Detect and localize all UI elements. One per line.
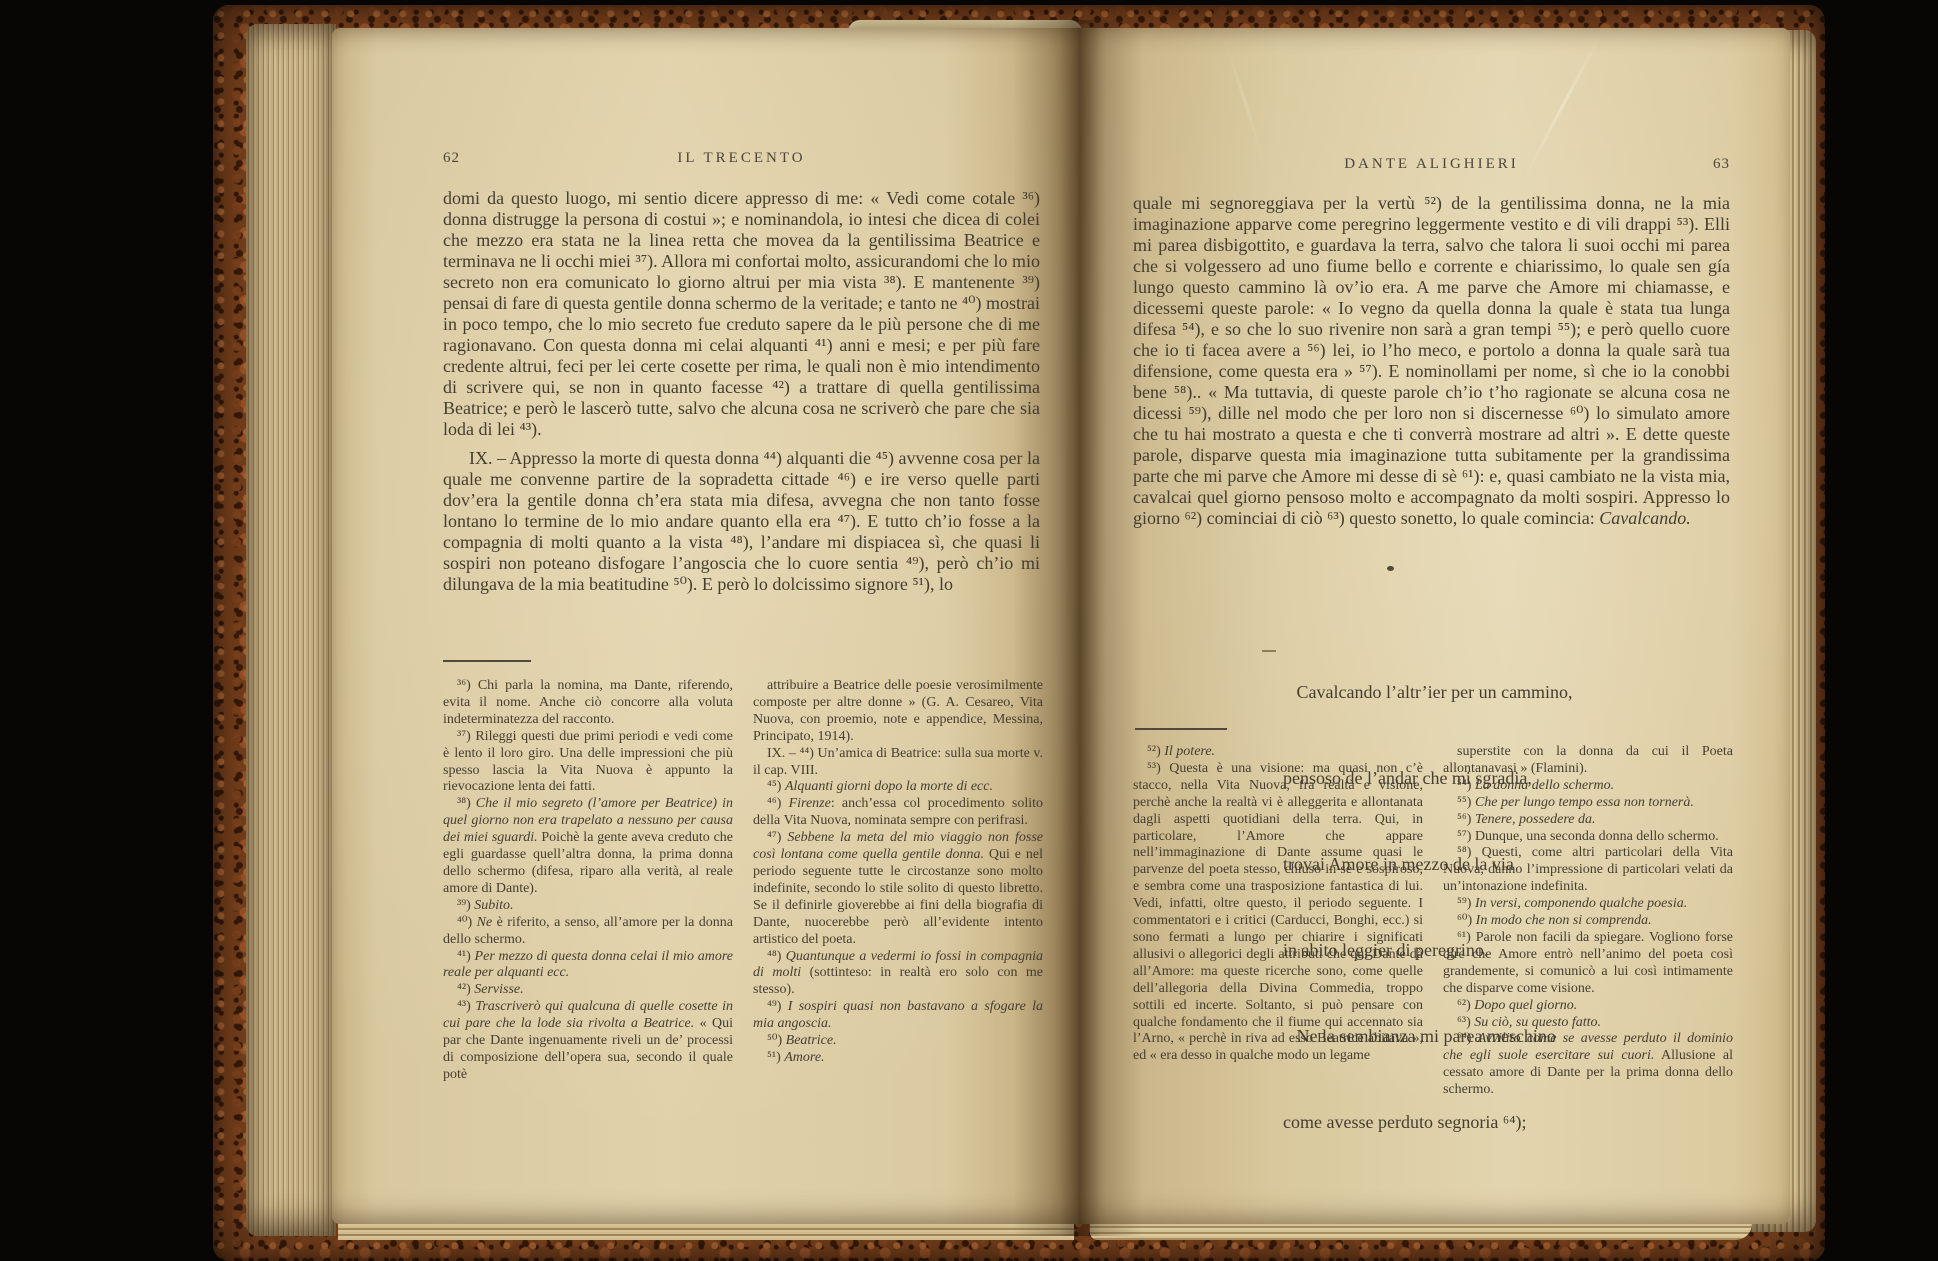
footnote-marker: ⁵⁷) <box>1457 829 1475 844</box>
footnote: ⁵²) Il potere. <box>1133 744 1423 761</box>
footnote-marker: ⁵⁹) <box>1457 896 1475 911</box>
footnote-column-1: ⁵²) Il potere. ⁵³) Questa è una visione:… <box>1133 744 1423 1099</box>
footnote: ⁵⁵) Che per lungo tempo essa non tornerà… <box>1443 795 1733 812</box>
footnote-marker: ⁴³) <box>457 999 475 1014</box>
footnote-marker: ⁵⁶) <box>1457 812 1475 827</box>
footnote: ⁶⁴) Avvilito come se avesse perduto il d… <box>1443 1031 1733 1099</box>
footnote-separator-rule <box>443 660 531 662</box>
footnote: ⁵³) Questa è una visione: ma quasi non c… <box>1133 761 1423 1065</box>
footnote-gloss-italic: Su ciò, su questo fatto. <box>1474 1015 1601 1030</box>
footnote-column-1: ³⁶) Chi parla la nomina, ma Dante, rifer… <box>443 678 733 1084</box>
left-page: 62 IL TRECENTO domi da questo luogo, mi … <box>332 28 1078 1224</box>
footnote: ⁴⁹) I sospiri quasi non bastavano a sfog… <box>753 999 1043 1033</box>
footnote-marker: ⁴⁸) <box>767 949 786 964</box>
footnote: ⁴⁷) Sebbene la meta del mio viaggio non … <box>753 830 1043 948</box>
footnote-text: Questa è una visione: ma quasi non c’è s… <box>1133 761 1423 1063</box>
footnote: ³⁹) Subito. <box>443 898 733 915</box>
footnote: ⁵⁸) Questi, come altri particolari della… <box>1443 845 1733 896</box>
footnote-gloss-italic: Che per lungo tempo essa non tornerà. <box>1475 795 1694 810</box>
footnote: IX. – ⁴⁴) Un’amica di Beatrice: sulla su… <box>753 746 1043 780</box>
footnote-marker: ⁵⁰) <box>767 1033 786 1048</box>
page-edges-left-stack <box>246 24 336 1236</box>
footnote-gloss-italic: Alquanti giorni dopo la morte di ecc. <box>785 779 993 794</box>
left-running-header: IL TRECENTO <box>513 150 970 167</box>
footnote-gloss-italic: Beatrice. <box>786 1033 837 1048</box>
footnote: ⁴⁶) Firenze: anch’essa col procedimento … <box>753 796 1043 830</box>
footnote-gloss-italic: Firenze <box>789 796 831 811</box>
footnote-marker: ⁵⁵) <box>1457 795 1475 810</box>
right-page-header: DANTE ALIGHIERI 63 <box>1133 156 1730 173</box>
footnote: ⁶³) Su ciò, su questo fatto. <box>1443 1015 1733 1032</box>
footnote-marker: ⁶³) <box>1457 1015 1474 1030</box>
footnote-text: Questi, come altri particolari della Vit… <box>1443 845 1733 894</box>
footnote-marker: ⁶⁰) <box>1457 913 1476 928</box>
footnote: ⁴⁸) Quantunque a vedermi io fossi in com… <box>753 949 1043 1000</box>
footnote: ⁵⁹) In versi, componendo qualche poesia. <box>1443 896 1733 913</box>
footnote: ⁵⁶) Tenere, possedere da. <box>1443 812 1733 829</box>
footnote: ³⁷) Rileggi questi due primi periodi e v… <box>443 729 733 797</box>
footnote-marker: ⁴⁵) <box>767 779 785 794</box>
paragraph-text: quale mi segnoreggiava per la vertù ⁵²) … <box>1133 193 1730 528</box>
footnote-marker: ⁵¹) <box>767 1050 784 1065</box>
footnote-gloss-italic: In versi, componendo qualche poesia. <box>1475 896 1687 911</box>
footnote-gloss-italic: Per mezzo di questa donna celai il mio a… <box>443 949 733 981</box>
right-running-header: DANTE ALIGHIERI <box>1203 156 1660 173</box>
footnote-marker: ⁵⁴) <box>1457 778 1475 793</box>
footnote: ⁶⁰) In modo che non si comprenda. <box>1443 913 1733 930</box>
footnote-gloss-italic: Tenere, possedere da. <box>1475 812 1596 827</box>
footnote: ³⁶) Chi parla la nomina, ma Dante, rifer… <box>443 678 733 729</box>
footnote-gloss-italic: Amore. <box>784 1050 824 1065</box>
footnote-marker: ³⁷) <box>457 729 475 744</box>
footnote-marker: ⁴⁷) <box>767 830 787 845</box>
right-body-text: quale mi segnoreggiava per la vertù ⁵²) … <box>1133 193 1730 529</box>
footnote-marker: ⁵⁸) <box>1457 845 1482 860</box>
footnote: superstite con la donna da cui il Poeta … <box>1443 744 1733 778</box>
footnote: attribuire a Beatrice delle poesie veros… <box>753 678 1043 746</box>
footnote: ⁵⁷) Dunque, una seconda donna dello sche… <box>1443 829 1733 846</box>
footnote: ⁴⁰) Ne è riferito, a senso, all’amore pe… <box>443 915 733 949</box>
footnote-marker: ⁴¹) <box>457 949 475 964</box>
footnote-gloss-italic: In modo che non si comprenda. <box>1476 913 1652 928</box>
left-footnotes: ³⁶) Chi parla la nomina, ma Dante, rifer… <box>443 678 1043 1084</box>
right-page-number: 63 <box>1660 156 1730 173</box>
left-page-number: 62 <box>443 150 513 167</box>
footnote-gloss-italic: Ne <box>477 915 493 930</box>
footnote-marker: ³⁶) <box>457 678 478 693</box>
footnote-marker: ⁵²) <box>1147 744 1164 759</box>
photo-of-open-book: 62 IL TRECENTO domi da questo luogo, mi … <box>0 0 1938 1261</box>
footnote-marker: ⁴⁶) <box>767 796 789 811</box>
footnote: ⁵¹) Amore. <box>753 1050 1043 1067</box>
right-page: DANTE ALIGHIERI 63 quale mi segnoreggiav… <box>1078 28 1790 1224</box>
footnote-gloss-italic: I sospiri quasi non bastavano a sfogare … <box>753 999 1043 1031</box>
footnote: ⁵⁴) La donna dello schermo. <box>1443 778 1733 795</box>
sonnet-incipit-italic: Cavalcando. <box>1599 508 1691 528</box>
left-body-text: domi da questo luogo, mi sentio dicere a… <box>443 188 1040 595</box>
paragraph-continuation: quale mi segnoreggiava per la vertù ⁵²) … <box>1133 193 1730 529</box>
footnote: ⁴⁵) Alquanti giorni dopo la morte di ecc… <box>753 779 1043 796</box>
footnote: ⁴¹) Per mezzo di questa donna celai il m… <box>443 949 733 983</box>
footnote: ⁴³) Trascriverò qui qualcuna di quelle c… <box>443 999 733 1084</box>
footnote-marker: ⁶²) <box>1457 998 1474 1013</box>
footnote-text: Dunque, una seconda donna dello schermo. <box>1475 829 1719 844</box>
footnote-marker: ⁶¹) <box>1457 930 1476 945</box>
footnote-text: Rileggi questi due primi periodi e vedi … <box>443 729 733 795</box>
footnote-gloss-italic: Dopo quel giorno. <box>1474 998 1577 1013</box>
footnote-marker: ⁵³) <box>1147 761 1169 776</box>
footnote-gloss-italic: La donna dello schermo. <box>1475 778 1614 793</box>
footnote-marker: ³⁸) <box>457 796 476 811</box>
footnote-gloss-italic: Servisse. <box>474 982 523 997</box>
paragraph-chapter-ix: IX. – Appresso la morte di questa donna … <box>443 448 1040 595</box>
footnote-text: Parole non facili da spiegare. Vogliono … <box>1443 930 1733 996</box>
footnote-text: Chi parla la nomina, ma Dante, riferendo… <box>443 678 733 727</box>
paragraph-continuation: domi da questo luogo, mi sentio dicere a… <box>443 188 1040 440</box>
footnote: ⁶²) Dopo quel giorno. <box>1443 998 1733 1015</box>
footnote-gloss-italic: Trascriverò qui qualcuna di quelle coset… <box>443 999 733 1031</box>
footnote-marker: IX. – ⁴⁴) <box>767 746 817 761</box>
footnote: ⁵⁰) Beatrice. <box>753 1033 1043 1050</box>
footnote-marker: ³⁹) <box>457 898 474 913</box>
left-page-header: 62 IL TRECENTO <box>443 150 1040 167</box>
footnote-text: attribuire a Beatrice delle poesie veros… <box>753 678 1043 744</box>
poem-line: Cavalcando l’altr’ier per un cammino, <box>1283 682 1573 704</box>
footnote: ⁶¹) Parole non facili da spiegare. Vogli… <box>1443 930 1733 998</box>
footnote-column-2: attribuire a Beatrice delle poesie veros… <box>753 678 1043 1084</box>
footnote: ⁴²) Servisse. <box>443 982 733 999</box>
dust-speck <box>1387 566 1394 571</box>
footnote-separator-rule <box>1135 728 1227 730</box>
footnote-marker: ⁴²) <box>457 982 474 997</box>
poem-line: come avesse perduto segnoria ⁶⁴); <box>1283 1112 1573 1134</box>
footnote-marker: ⁴⁰) <box>457 915 477 930</box>
footnote-column-2: superstite con la donna da cui il Poeta … <box>1443 744 1733 1099</box>
pencil-mark <box>1262 650 1276 652</box>
footnote-gloss-italic: Subito. <box>474 898 513 913</box>
footnote-marker: ⁶⁴) <box>1457 1031 1478 1046</box>
footnote-marker: ⁴⁹) <box>767 999 788 1014</box>
right-footnotes: ⁵²) Il potere. ⁵³) Questa è una visione:… <box>1133 744 1733 1099</box>
footnote-text: superstite con la donna da cui il Poeta … <box>1443 744 1733 776</box>
footnote: ³⁸) Che il mio segreto (l’amore per Beat… <box>443 796 733 897</box>
footnote-gloss-italic: Il potere. <box>1164 744 1215 759</box>
